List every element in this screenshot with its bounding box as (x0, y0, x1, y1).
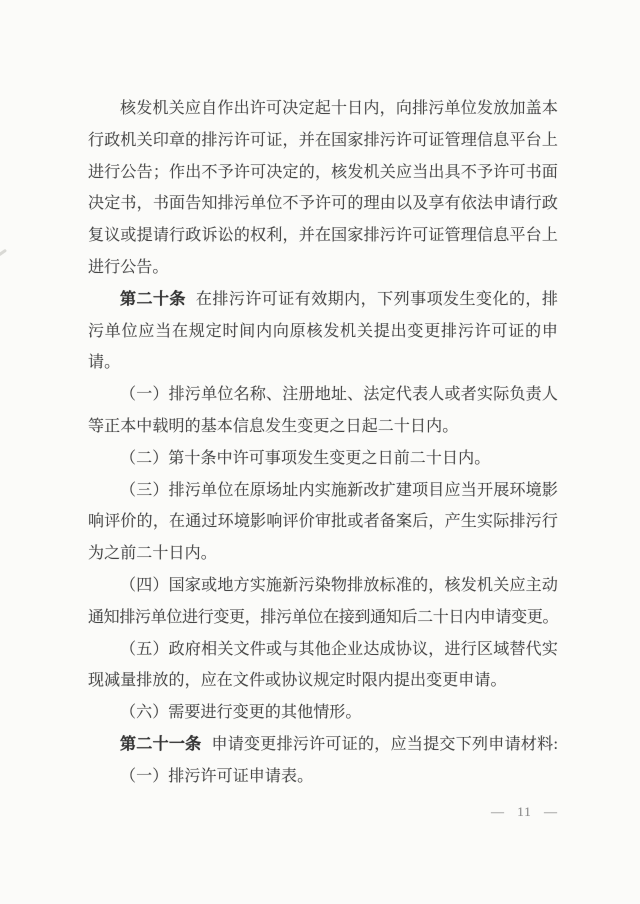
line-text: （四）国家或地方实施新污染物排放标准的，核发机关应主动 (120, 577, 558, 594)
line-text: 通知排污单位进行变更，排污单位在接到通知后二十日内申请变更。 (88, 609, 558, 626)
line-text: 响评价的，在通过环境影响评价审批或者备案后，产生实际排污行 (88, 513, 558, 530)
line-text: 等正本中载明的基本信息发生变更之日起二十日内。 (88, 418, 458, 435)
text-line: （二）第十条中许可事项发生变更之日前二十日内。 (88, 443, 558, 475)
text-line: 通知排污单位进行变更，排污单位在接到通知后二十日内申请变更。 (88, 602, 558, 634)
line-text: 申请变更排污许可证的，应当提交下列申请材料: (211, 736, 558, 753)
article-number-label: 第二十一条 (120, 736, 201, 753)
line-text: （二）第十条中许可事项发生变更之日前二十日内。 (120, 450, 490, 467)
page-number: — 11 — (491, 804, 558, 820)
text-line: 响评价的，在通过环境影响评价审批或者备案后，产生实际排污行 (88, 506, 558, 538)
text-line: （五）政府相关文件或与其他企业达成协议，进行区域替代实 (88, 634, 558, 666)
text-line: 第二十一条申请变更排污许可证的，应当提交下列申请材料: (88, 729, 558, 761)
line-text: 现减量排放的，应在文件或协议规定时限内提出变更申请。 (88, 672, 507, 689)
scan-artifact (0, 249, 7, 257)
line-text: （五）政府相关文件或与其他企业达成协议，进行区域替代实 (120, 641, 558, 658)
line-text: 进行公告；作出不予许可决定的，核发机关应当出具不予许可书面 (88, 164, 558, 181)
text-line: 决定书，书面告知排污单位不予许可的理由以及享有依法申请行政 (88, 188, 558, 220)
line-text: 请。 (88, 354, 120, 371)
document-body: 核发机关应自作出许可决定起十日内，向排污单位发放加盖本行政机关印章的排污许可证，… (88, 93, 558, 793)
article-number-label: 第二十条 (120, 291, 186, 308)
line-text: （一）排污单位名称、注册地址、法定代表人或者实际负责人 (120, 386, 558, 403)
line-text: 为之前二十日内。 (88, 545, 217, 562)
text-line: 进行公告；作出不予许可决定的，核发机关应当出具不予许可书面 (88, 157, 558, 189)
line-text: 污单位应当在规定时间内向原核发机关提出变更排污许可证的申 (88, 323, 558, 340)
text-line: 第二十条在排污许可证有效期内，下列事项发生变化的，排 (88, 284, 558, 316)
line-text: 进行公告。 (88, 259, 169, 276)
line-text: 行政机关印章的排污许可证，并在国家排污许可证管理信息平台上 (88, 132, 558, 149)
line-text: 在排污许可证有效期内，下列事项发生变化的，排 (196, 291, 558, 308)
text-line: 行政机关印章的排污许可证，并在国家排污许可证管理信息平台上 (88, 125, 558, 157)
text-line: 请。 (88, 347, 558, 379)
text-line: 复议或提请行政诉讼的权利，并在国家排污许可证管理信息平台上 (88, 220, 558, 252)
document-page: 核发机关应自作出许可决定起十日内，向排污单位发放加盖本行政机关印章的排污许可证，… (0, 0, 640, 904)
line-text: 决定书，书面告知排污单位不予许可的理由以及享有依法申请行政 (88, 195, 558, 212)
text-line: 核发机关应自作出许可决定起十日内，向排污单位发放加盖本 (88, 93, 558, 125)
text-line: 污单位应当在规定时间内向原核发机关提出变更排污许可证的申 (88, 316, 558, 348)
text-line: （一）排污许可证申请表。 (88, 761, 558, 793)
text-line: （三）排污单位在原场址内实施新改扩建项目应当开展环境影 (88, 475, 558, 507)
text-line: （四）国家或地方实施新污染物排放标准的，核发机关应主动 (88, 570, 558, 602)
text-line: 等正本中载明的基本信息发生变更之日起二十日内。 (88, 411, 558, 443)
text-line: （六）需要进行变更的其他情形。 (88, 697, 558, 729)
text-line: （一）排污单位名称、注册地址、法定代表人或者实际负责人 (88, 379, 558, 411)
line-text: 复议或提请行政诉讼的权利，并在国家排污许可证管理信息平台上 (88, 227, 558, 244)
text-line: 进行公告。 (88, 252, 558, 284)
line-text: （一）排污许可证申请表。 (120, 768, 313, 785)
line-text: （三）排污单位在原场址内实施新改扩建项目应当开展环境影 (120, 482, 558, 499)
text-line: 现减量排放的，应在文件或协议规定时限内提出变更申请。 (88, 665, 558, 697)
line-text: 核发机关应自作出许可决定起十日内，向排污单位发放加盖本 (120, 100, 558, 117)
line-text: （六）需要进行变更的其他情形。 (120, 704, 362, 721)
text-line: 为之前二十日内。 (88, 538, 558, 570)
